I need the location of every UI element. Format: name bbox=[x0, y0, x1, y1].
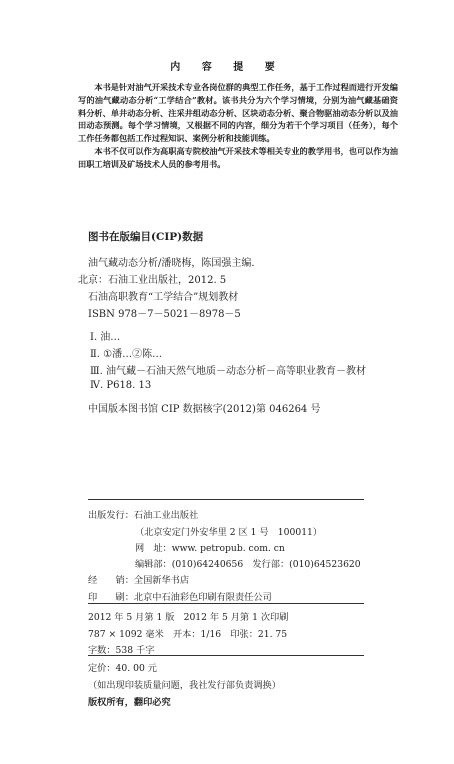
colophon-mid-rule bbox=[88, 603, 364, 604]
summary-heading: 内 容 提 要 bbox=[0, 58, 454, 73]
colophon-price: 定价：40. 00 元 bbox=[88, 660, 157, 674]
cip-class-1: Ⅰ. 油… bbox=[90, 328, 120, 343]
cip-class-2: Ⅱ. ①潘…②陈… bbox=[90, 345, 162, 360]
colophon-notice: （如出现印装质量问题，我社发行部负责调换） bbox=[88, 677, 281, 691]
colophon-format: 787 × 1092 毫米 开本：1/16 印张：21. 75 bbox=[88, 626, 287, 640]
summary-body: 本书是针对油气开采技术专业各岗位群的典型工作任务，基于工作过程而进行开发编写的油… bbox=[78, 81, 398, 171]
cip-line-isbn: ISBN 978－7－5021－8978－5 bbox=[88, 305, 241, 320]
colophon-top-rule bbox=[88, 499, 364, 500]
cip-verification: 中国版本图书馆 CIP 数据核字(2012)第 046264 号 bbox=[88, 400, 320, 415]
colophon-website: 网 址：www. petropub. com. cn bbox=[135, 540, 285, 554]
colophon-address: （北京安定门外安华里 2 区 1 号 100011） bbox=[135, 524, 322, 538]
colophon-bottom-rule bbox=[88, 655, 364, 656]
colophon-publisher: 出版发行：石油工业出版社 bbox=[88, 507, 198, 521]
cip-line-publisher: 北京：石油工业出版社，2012. 5 bbox=[78, 271, 226, 286]
cip-class-3: Ⅲ. 油气藏－石油天然气地质－动态分析－高等职业教育－教材 bbox=[90, 362, 366, 377]
colophon-distributor: 经 销：全国新华书店 bbox=[88, 572, 189, 586]
summary-paragraph-2: 本书不仅可以作为高职高专院校油气开采技术等相关专业的教学用书，也可以作为油田职工… bbox=[78, 145, 398, 171]
colophon-printer: 印 刷：北京中石油彩色印刷有限责任公司 bbox=[88, 589, 272, 603]
colophon-edition: 2012 年 5 月第 1 版 2012 年 5 月第 1 次印刷 bbox=[88, 609, 288, 623]
colophon-wordcount: 字数：538 千字 bbox=[88, 642, 154, 656]
colophon-copyright: 版权所有，翻印必究 bbox=[88, 694, 171, 708]
cip-line-title: 油气藏动态分析/潘晓梅，陈国强主编． bbox=[88, 254, 261, 269]
cip-class-4: Ⅳ. P618. 13 bbox=[90, 380, 151, 391]
colophon-phones: 编辑部：(010)64240656 发行部：(010)64523620 bbox=[135, 556, 361, 570]
summary-paragraph-1: 本书是针对油气开采技术专业各岗位群的典型工作任务，基于工作过程而进行开发编写的油… bbox=[78, 81, 398, 145]
cip-title: 图书在版编目(CIP)数据 bbox=[88, 229, 203, 244]
cip-line-series: 石油高职教育“工学结合”规划教材 bbox=[88, 288, 238, 303]
